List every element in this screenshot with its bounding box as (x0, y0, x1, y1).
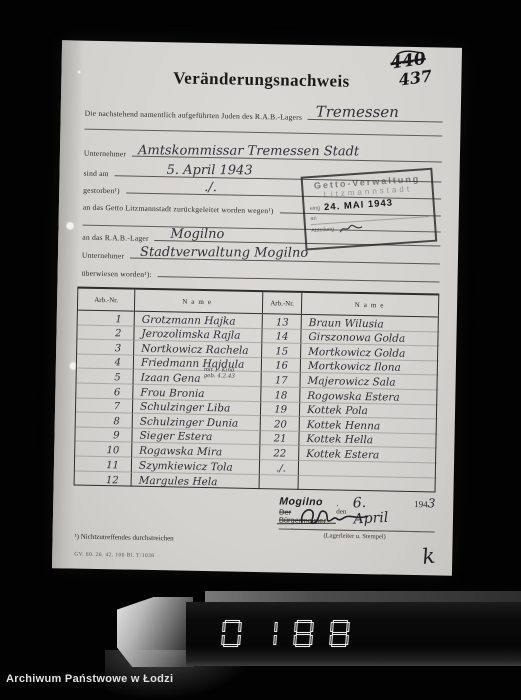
cell-arb-nr: 4 (77, 354, 134, 370)
stamp-an-label: an (310, 216, 317, 222)
field-label: sind am (83, 169, 108, 178)
digit-segment (294, 622, 298, 633)
handwritten-entry: 20 (274, 419, 287, 430)
digit-segment (295, 644, 310, 647)
handwritten-entry: Schulzinger Dunia (140, 416, 239, 430)
cell-arb-nr: 8 (76, 413, 133, 429)
field-unternehmer-1: Unternehmer Amtskommissar Tremessen Stad… (84, 143, 442, 165)
counter-digit (221, 620, 242, 647)
handwritten-entry: ./. (276, 463, 286, 474)
archive-photo-frame: 440 437 Veränderungsnachweis Die nachste… (0, 0, 521, 700)
handwritten-entry: 17 (275, 375, 288, 386)
cell-arb-nr: 5 (77, 369, 134, 385)
cell-arb-nr: 10 (75, 442, 132, 458)
cell-arb-nr: ./. (260, 460, 299, 475)
abteilung-handwriting (338, 223, 365, 235)
handwritten-entry: Rogawska Mira (139, 445, 222, 459)
header-name-left: Name (135, 290, 263, 313)
handwritten-entry: Szymkiewicz Tola (139, 459, 233, 473)
digit-segment (310, 622, 314, 633)
cell-arb-nr: 1 (78, 311, 135, 327)
handwritten-entry: Nortkowicz Rachela (141, 343, 249, 357)
header-arb-nr-left: Arb.-Nr. (78, 289, 135, 311)
handwritten-entry: Kottek Henna (307, 419, 381, 432)
handwritten-entry: 16 (275, 361, 288, 372)
field-label: an das R.A.B.-Lager (82, 233, 149, 243)
handwritten-entry: 10 (106, 445, 119, 456)
handwritten-entry: Izaan Gena (141, 372, 201, 385)
field-label: Unternehmer (82, 251, 124, 261)
handwritten-entry: Kottek Pola (307, 404, 368, 417)
handwritten-entry: Majerowicz Sala (307, 375, 395, 389)
handwritten-entry: 18 (274, 390, 287, 401)
signature-caption: (Lagerleiter u. Stempel) (291, 532, 419, 541)
digit-segment (346, 622, 350, 633)
handwritten-entry: Margules Hela (139, 475, 218, 489)
field-label: Unternehmer (84, 149, 126, 159)
handwritten-year-digit: 3 (428, 496, 436, 510)
field-label: gestorben¹) (83, 186, 120, 196)
cell-name (299, 475, 437, 492)
footnote: ¹) Nichtzutreffendes durchstreichen (75, 533, 174, 543)
digit-segment (330, 622, 334, 633)
field-value: 5. April 1943 (167, 163, 253, 178)
handwritten-entry: Rogowska Estera (307, 390, 400, 404)
field-line (158, 264, 440, 282)
handwritten-entry: Jerozolimska Rajla (141, 328, 240, 342)
cell-arb-nr: 7 (76, 398, 133, 414)
handwritten-entry: 4 (114, 358, 121, 369)
field-intro-line: Tremessen (308, 107, 443, 123)
cell-arb-nr: 20 (261, 416, 300, 431)
cell-arb-nr (260, 475, 299, 490)
cell-arb-nr: 16 (262, 358, 301, 373)
header-arb-nr-right: Arb.-Nr. (263, 292, 302, 314)
digit-segment (238, 622, 242, 633)
handwritten-entry: Schulzinger Liba (140, 401, 230, 415)
digit-segment (331, 644, 346, 647)
cell-arb-nr: 19 (261, 402, 300, 417)
row-annotation: mit 1. Kind geb. 4.2.43 (204, 367, 246, 380)
header-name-right: Name (302, 293, 440, 317)
cell-arb-nr: 14 (262, 329, 301, 344)
field-value: Amtskommissar Tremessen Stadt (138, 143, 359, 159)
form-print-code: GV. 60. 26. 42. 100 Bl. T/1038 (74, 552, 154, 560)
cell-arb-nr: 12 (75, 471, 132, 487)
handwritten-entry: 5 (114, 372, 121, 383)
handwritten-entry: 11 (106, 460, 119, 471)
field-intro-label: Die nachstehend namentlich aufgeführten … (85, 109, 302, 122)
cell-arb-nr: 21 (260, 431, 299, 446)
handwritten-entry: Grotzmann Hajka (142, 313, 236, 327)
handwritten-entry: Frou Bronia (140, 386, 204, 399)
cell-arb-nr: 3 (77, 340, 134, 356)
cell-arb-nr: 17 (261, 372, 300, 387)
digit-segment (296, 632, 311, 635)
document-page: 440 437 Veränderungsnachweis Die nachste… (52, 40, 462, 576)
handwritten-entry: Sieger Estera (139, 430, 212, 443)
field-value: Stadtverwaltung Mogilno (140, 245, 308, 261)
digit-segment (332, 632, 347, 635)
handwritten-entry: Mortkowicz Golda (308, 346, 405, 360)
cell-arb-nr: 9 (75, 427, 132, 443)
counter-digits (222, 620, 349, 647)
handwritten-entry: 22 (273, 448, 286, 459)
field-line: Stadtverwaltung Mogilno (130, 246, 440, 265)
handwritten-entry: Girszonowa Golda (308, 331, 405, 345)
handwritten-entry: 6 (114, 387, 121, 398)
stamp-abteilung-label: Abteilung (311, 227, 334, 235)
field-line: Amtskommissar Tremessen Stadt (132, 144, 442, 163)
table-body: 1Grotzmann Hajka13Braun Wilusia2Jerozoli… (75, 311, 438, 493)
counter-digit (257, 620, 278, 647)
handwritten-entry: Mortkowicz Ilona (308, 360, 401, 374)
counter-digit (329, 620, 350, 647)
stamp-eing-label: eing (310, 205, 321, 212)
handwritten-entry: 2 (115, 328, 122, 339)
cell-arb-nr: 15 (262, 343, 301, 358)
field-ueberwiesen: überwiesen worden¹): (82, 263, 440, 285)
handwritten-entry: 1 (115, 314, 122, 325)
handwritten-entry: 13 (276, 317, 289, 328)
handwritten-entry: 3 (115, 343, 122, 354)
handwritten-entry: Braun Wilusia (309, 317, 384, 330)
cell-arb-nr: 22 (260, 445, 299, 460)
cell-arb-nr: 11 (75, 456, 132, 472)
counter-digit (293, 620, 314, 647)
cell-arb-nr: 6 (76, 384, 133, 400)
handwritten-entry: 12 (106, 475, 119, 486)
handwritten-entry: 19 (274, 405, 287, 416)
digit-segment (223, 644, 238, 647)
cell-arb-nr: 2 (77, 325, 134, 341)
printed-year: 194 (414, 499, 428, 509)
handwritten-entry: Kottek Hella (306, 433, 373, 446)
handwritten-entry: 21 (274, 434, 287, 445)
handwritten-entry: 15 (275, 346, 288, 357)
getto-verwaltung-stamp: Getto-Verwaltung Litzmannstadt eing 24. … (301, 168, 438, 251)
cell-name: Margules Hela (132, 472, 260, 489)
workers-table: Arb.-Nr. Name Arb.-Nr. Name 1Grotzmann H… (74, 287, 440, 493)
digit-segment (274, 622, 278, 633)
field-intro-value: Tremessen (316, 103, 399, 121)
field-label: an das Getto Litzmannstadt zurückgeleite… (83, 203, 274, 216)
digit-segment (222, 622, 226, 633)
ruled-line (84, 129, 442, 137)
handwritten-entry: 7 (114, 401, 121, 412)
digit-segment (273, 635, 277, 646)
handwritten-entry: 14 (276, 332, 289, 343)
archive-caption: Archiwum Państwowe w Łodzi (6, 673, 173, 685)
field-intro: Die nachstehend namentlich aufgeführten … (85, 103, 443, 125)
cell-arb-nr: 18 (261, 387, 300, 402)
handwritten-entry: 9 (113, 431, 120, 442)
handwritten-entry: Kottek Estera (306, 448, 379, 461)
cell-arb-nr: 13 (263, 314, 302, 329)
frame-counter-device (186, 602, 521, 666)
handwritten-entry: 8 (113, 416, 120, 427)
field-value: ./. (204, 180, 217, 195)
field-value: Mogilno (171, 227, 225, 242)
field-label: überwiesen worden¹): (82, 269, 152, 279)
handwritten-k-mark: k (421, 544, 437, 569)
